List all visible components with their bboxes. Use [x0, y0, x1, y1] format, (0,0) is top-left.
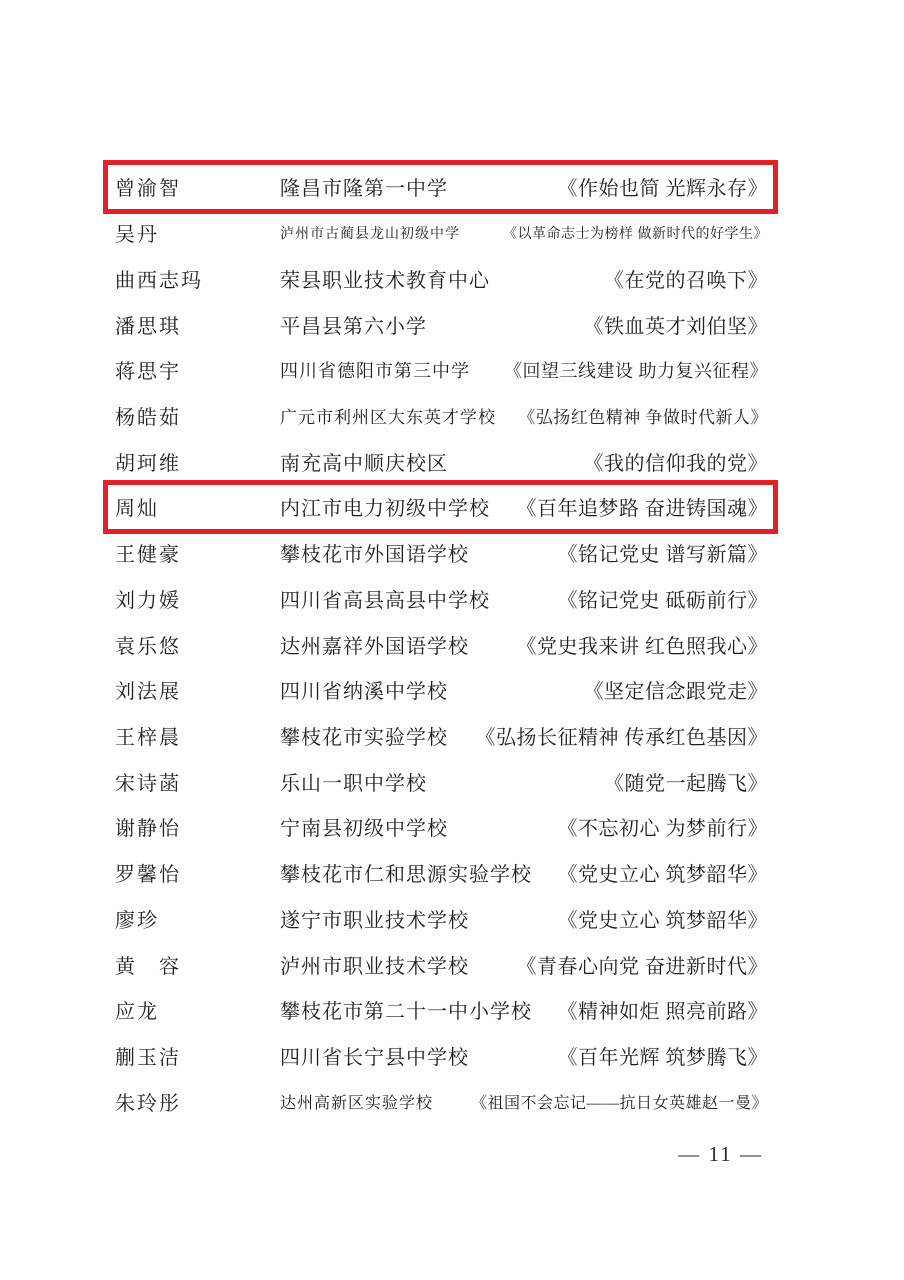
row-detail: 攀枝花市第二十一中小学校 《精神如炬 照亮前路》 — [280, 995, 768, 1024]
school-name: 攀枝花市第二十一中小学校 — [280, 995, 532, 1024]
student-name: 周灿 — [115, 492, 280, 521]
school-name: 隆昌市隆第一中学 — [280, 172, 448, 201]
work-title: 《坚定信念跟党走》 — [584, 675, 769, 704]
award-list-row: 刘法展 四川省纳溪中学校 《坚定信念跟党走》 — [115, 667, 768, 713]
row-detail: 南充高中顺庆校区 《我的信仰我的党》 — [280, 447, 768, 476]
row-detail: 广元市利州区大东英才学校 《弘扬红色精神 争做时代新人》 — [280, 403, 768, 428]
work-title: 《党史我来讲 红色照我心》 — [517, 630, 769, 659]
page-number: — 11 — — [678, 1142, 763, 1167]
student-name: 罗馨怡 — [115, 858, 280, 887]
school-name: 攀枝花市外国语学校 — [280, 538, 469, 567]
row-detail: 四川省德阳市第三中学 《回望三线建设 助力复兴征程》 — [280, 357, 768, 383]
student-name: 曲西志玛 — [115, 264, 280, 293]
award-list-row: 周灿 内江市电力初级中学校 《百年追梦路 奋进铸国魂》 — [115, 484, 768, 530]
student-name: 潘思琪 — [115, 310, 280, 339]
award-list-row: 黄 容 泸州市职业技术学校 《青春心向党 奋进新时代》 — [115, 941, 768, 987]
school-name: 宁南县初级中学校 — [280, 812, 448, 841]
award-list-row: 宋诗菡 乐山一职中学校 《随党一起腾飞》 — [115, 758, 768, 804]
student-name: 谢静怡 — [115, 812, 280, 841]
student-name: 刘法展 — [115, 675, 280, 704]
award-list-row: 朱玲彤 达州高新区实验学校 《祖国不会忘记——抗日女英雄赵一曼》 — [115, 1078, 768, 1124]
row-detail: 荣县职业技术教育中心 《在党的召唤下》 — [280, 264, 768, 293]
student-name: 曾渝智 — [115, 172, 280, 201]
award-list-row: 蒯玉洁 四川省长宁县中学校 《百年光辉 筑梦腾飞》 — [115, 1033, 768, 1079]
school-name: 平昌县第六小学 — [280, 310, 427, 339]
school-name: 四川省纳溪中学校 — [280, 675, 448, 704]
school-name: 泸州市古蔺县龙山初级中学 — [280, 223, 460, 243]
work-title: 《祖国不会忘记——抗日女英雄赵一曼》 — [471, 1090, 768, 1113]
row-detail: 四川省高县高县中学校 《铭记党史 砥砺前行》 — [280, 584, 768, 613]
row-detail: 四川省长宁县中学校 《百年光辉 筑梦腾飞》 — [280, 1041, 768, 1070]
row-detail: 攀枝花市仁和思源实验学校 《党史立心 筑梦韶华》 — [280, 858, 768, 887]
school-name: 四川省长宁县中学校 — [280, 1041, 469, 1070]
work-title: 《在党的召唤下》 — [604, 264, 768, 293]
student-name: 杨皓茹 — [115, 401, 280, 430]
student-name: 应龙 — [115, 995, 280, 1024]
student-name: 黄 容 — [115, 950, 280, 979]
school-name: 达州嘉祥外国语学校 — [280, 630, 469, 659]
award-list-row: 曾渝智 隆昌市隆第一中学 《作始也简 光辉永存》 — [115, 164, 768, 210]
award-list-row: 潘思琪 平昌县第六小学 《铁血英才刘伯坚》 — [115, 301, 768, 347]
work-title: 《弘扬红色精神 争做时代新人》 — [518, 403, 768, 428]
school-name: 乐山一职中学校 — [280, 767, 427, 796]
award-list-row: 应龙 攀枝花市第二十一中小学校 《精神如炬 照亮前路》 — [115, 987, 768, 1033]
student-name: 朱玲彤 — [115, 1087, 280, 1116]
award-list-row: 廖珍 遂宁市职业技术学校 《党史立心 筑梦韶华》 — [115, 896, 768, 942]
work-title: 《精神如炬 照亮前路》 — [558, 995, 769, 1024]
work-title: 《百年光辉 筑梦腾飞》 — [558, 1041, 769, 1070]
student-name: 王梓晨 — [115, 721, 280, 750]
school-name: 达州高新区实验学校 — [280, 1090, 433, 1113]
row-detail: 遂宁市职业技术学校 《党史立心 筑梦韶华》 — [280, 904, 768, 933]
row-detail: 泸州市古蔺县龙山初级中学 《以革命志士为榜样 做新时代的好学生》 — [280, 223, 768, 243]
school-name: 四川省德阳市第三中学 — [280, 357, 470, 383]
award-list-row: 袁乐悠 达州嘉祥外国语学校 《党史我来讲 红色照我心》 — [115, 621, 768, 667]
work-title: 《我的信仰我的党》 — [584, 447, 769, 476]
row-detail: 达州嘉祥外国语学校 《党史我来讲 红色照我心》 — [280, 630, 768, 659]
school-name: 攀枝花市实验学校 — [280, 721, 448, 750]
work-title: 《铭记党史 谱写新篇》 — [558, 538, 769, 567]
row-detail: 宁南县初级中学校 《不忘初心 为梦前行》 — [280, 812, 768, 841]
work-title: 《党史立心 筑梦韶华》 — [558, 858, 769, 887]
award-list-row: 罗馨怡 攀枝花市仁和思源实验学校 《党史立心 筑梦韶华》 — [115, 850, 768, 896]
row-detail: 四川省纳溪中学校 《坚定信念跟党走》 — [280, 675, 768, 704]
row-detail: 隆昌市隆第一中学 《作始也简 光辉永存》 — [280, 172, 768, 201]
school-name: 广元市利州区大东英才学校 — [280, 403, 496, 428]
award-list: 曾渝智 隆昌市隆第一中学 《作始也简 光辉永存》 吴丹 泸州市古蔺县龙山初级中学… — [115, 164, 768, 1124]
award-list-row: 吴丹 泸州市古蔺县龙山初级中学 《以革命志士为榜样 做新时代的好学生》 — [115, 210, 768, 256]
student-name: 吴丹 — [115, 218, 280, 247]
row-detail: 泸州市职业技术学校 《青春心向党 奋进新时代》 — [280, 950, 768, 979]
work-title: 《作始也简 光辉永存》 — [558, 172, 769, 201]
school-name: 泸州市职业技术学校 — [280, 950, 469, 979]
award-list-row: 胡珂维 南充高中顺庆校区 《我的信仰我的党》 — [115, 438, 768, 484]
student-name: 王健豪 — [115, 538, 280, 567]
student-name: 袁乐悠 — [115, 630, 280, 659]
school-name: 遂宁市职业技术学校 — [280, 904, 469, 933]
work-title: 《铭记党史 砥砺前行》 — [558, 584, 769, 613]
student-name: 蒯玉洁 — [115, 1041, 280, 1070]
school-name: 南充高中顺庆校区 — [280, 447, 448, 476]
student-name: 蒋思宇 — [115, 355, 280, 384]
document-page: 曾渝智 隆昌市隆第一中学 《作始也简 光辉永存》 吴丹 泸州市古蔺县龙山初级中学… — [0, 0, 904, 1280]
award-list-row: 谢静怡 宁南县初级中学校 《不忘初心 为梦前行》 — [115, 804, 768, 850]
award-list-row: 杨皓茹 广元市利州区大东英才学校 《弘扬红色精神 争做时代新人》 — [115, 393, 768, 439]
work-title: 《弘扬长征精神 传承红色基因》 — [476, 721, 769, 750]
award-list-row: 王梓晨 攀枝花市实验学校 《弘扬长征精神 传承红色基因》 — [115, 713, 768, 759]
work-title: 《不忘初心 为梦前行》 — [558, 812, 769, 841]
student-name: 廖珍 — [115, 904, 280, 933]
work-title: 《以革命志士为榜样 做新时代的好学生》 — [503, 223, 768, 243]
school-name: 荣县职业技术教育中心 — [280, 264, 490, 293]
student-name: 刘力媛 — [115, 584, 280, 613]
work-title: 《百年追梦路 奋进铸国魂》 — [517, 492, 769, 521]
row-detail: 攀枝花市实验学校 《弘扬长征精神 传承红色基因》 — [280, 721, 768, 750]
work-title: 《铁血英才刘伯坚》 — [584, 310, 769, 339]
award-list-row: 王健豪 攀枝花市外国语学校 《铭记党史 谱写新篇》 — [115, 530, 768, 576]
award-list-row: 刘力媛 四川省高县高县中学校 《铭记党史 砥砺前行》 — [115, 575, 768, 621]
school-name: 攀枝花市仁和思源实验学校 — [280, 858, 532, 887]
work-title: 《回望三线建设 助力复兴征程》 — [504, 357, 768, 383]
work-title: 《党史立心 筑梦韶华》 — [558, 904, 769, 933]
row-detail: 平昌县第六小学 《铁血英才刘伯坚》 — [280, 310, 768, 339]
award-list-row: 曲西志玛 荣县职业技术教育中心 《在党的召唤下》 — [115, 255, 768, 301]
student-name: 宋诗菡 — [115, 767, 280, 796]
row-detail: 乐山一职中学校 《随党一起腾飞》 — [280, 767, 768, 796]
school-name: 内江市电力初级中学校 — [280, 492, 490, 521]
student-name: 胡珂维 — [115, 447, 280, 476]
row-detail: 攀枝花市外国语学校 《铭记党史 谱写新篇》 — [280, 538, 768, 567]
row-detail: 达州高新区实验学校 《祖国不会忘记——抗日女英雄赵一曼》 — [280, 1090, 768, 1113]
row-detail: 内江市电力初级中学校 《百年追梦路 奋进铸国魂》 — [280, 492, 768, 521]
work-title: 《青春心向党 奋进新时代》 — [517, 950, 769, 979]
award-list-row: 蒋思宇 四川省德阳市第三中学 《回望三线建设 助力复兴征程》 — [115, 347, 768, 393]
school-name: 四川省高县高县中学校 — [280, 584, 490, 613]
work-title: 《随党一起腾飞》 — [604, 767, 768, 796]
